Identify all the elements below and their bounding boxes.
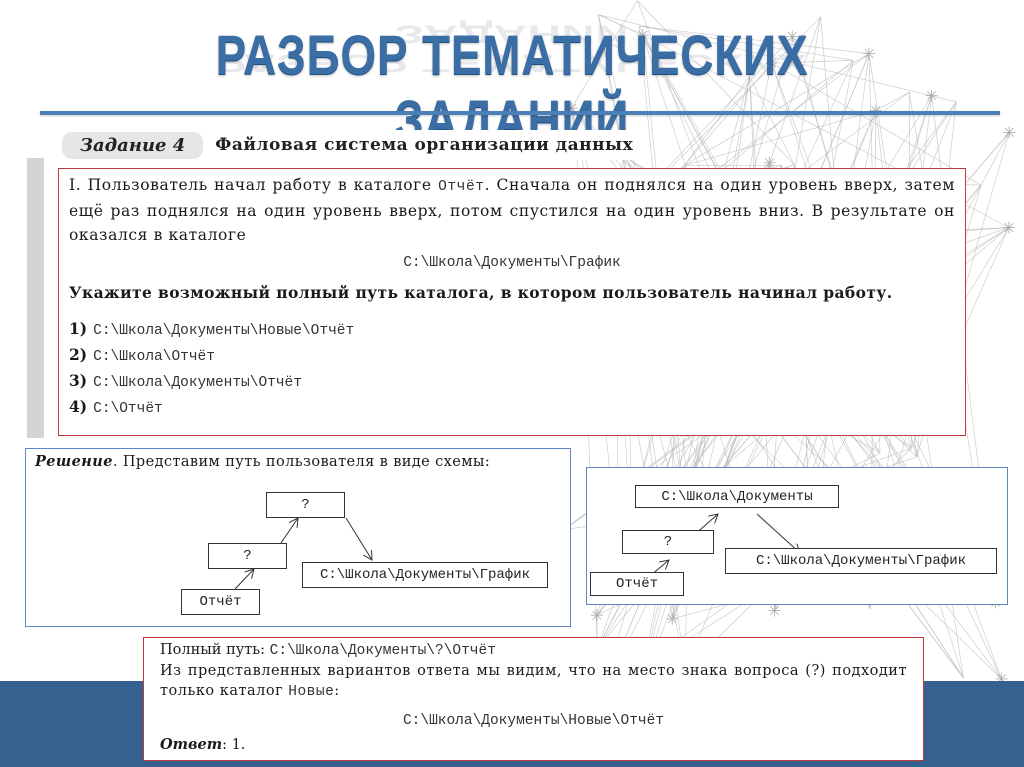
answer-value: : 1.	[222, 737, 245, 753]
full-path-value: C:\Школа\Документы\?\Отчёт	[270, 643, 496, 659]
start-directory: Отчёт	[438, 179, 485, 195]
option-item: 3)C:\Школа\Документы\Отчёт	[69, 369, 955, 395]
solution-intro-text: . Представим путь пользователя в виде сх…	[113, 454, 490, 470]
option-path: C:\Школа\Документы\Отчёт	[93, 375, 302, 391]
final-path: C:\Школа\Документы\Новые\Отчёт	[160, 711, 907, 731]
option-number: 4)	[69, 397, 87, 416]
problem-statement: I. Пользователь начал работу в каталоге …	[69, 173, 955, 247]
diagram1-node-top: ?	[266, 492, 345, 518]
option-path: C:\Школа\Документы\Новые\Отчёт	[93, 323, 354, 339]
answer-options: 1)C:\Школа\Документы\Новые\Отчёт 2)C:\Шк…	[69, 317, 955, 421]
diagram2-node-target: C:\Школа\Документы\График	[725, 548, 997, 574]
option-item: 1)C:\Школа\Документы\Новые\Отчёт	[69, 317, 955, 343]
option-path: C:\Отчёт	[93, 401, 163, 417]
task-topic: Файловая система организации данных	[215, 135, 633, 155]
diagram1-node-middle: ?	[208, 543, 287, 569]
option-item: 2)C:\Школа\Отчёт	[69, 343, 955, 369]
solution-diagram2-box: C:\Школа\Документы ? Отчёт C:\Школа\Доку…	[586, 467, 1008, 605]
explanation-part: :	[334, 683, 339, 699]
option-path: C:\Школа\Отчёт	[93, 349, 215, 365]
solution-label: Решение	[35, 453, 113, 470]
catalog-name: Новые	[288, 684, 334, 700]
answer-label: Ответ	[160, 736, 222, 753]
question-text: Укажите возможный полный путь каталога, …	[69, 281, 955, 305]
diagram1-arrows	[26, 449, 572, 628]
problem-number: I.	[69, 176, 81, 194]
diagram2-node-top: C:\Школа\Документы	[635, 485, 839, 508]
problem-box: I. Пользователь начал работу в каталоге …	[58, 168, 966, 436]
option-number: 2)	[69, 345, 87, 364]
solution-diagram-box: Решение. Представим путь пользователя в …	[25, 448, 571, 627]
task-header: Задание 4 Файловая система организации д…	[62, 130, 641, 160]
result-path: C:\Школа\Документы\График	[69, 251, 955, 275]
task-number-badge: Задание 4	[62, 132, 203, 159]
problem-text-part: Пользователь начал работу в каталоге	[88, 176, 438, 194]
full-path-line: Полный путь: C:\Школа\Документы\?\Отчёт	[160, 640, 907, 661]
diagram2-node-middle: ?	[622, 530, 714, 554]
option-number: 1)	[69, 319, 87, 338]
explanation-text: Из представленных вариантов ответа мы ви…	[160, 661, 907, 702]
option-item: 4)C:\Отчёт	[69, 395, 955, 421]
answer-line: Ответ: 1.	[160, 735, 907, 755]
explanation-part: Из представленных вариантов ответа мы ви…	[160, 663, 907, 699]
diagram2-node-start: Отчёт	[590, 572, 684, 596]
side-accent-bar	[27, 158, 44, 438]
option-number: 3)	[69, 371, 87, 390]
diagram1-node-target: C:\Школа\Документы\График	[302, 562, 548, 588]
answer-explanation-box: Полный путь: C:\Школа\Документы\?\Отчёт …	[143, 637, 924, 761]
solution-intro: Решение. Представим путь пользователя в …	[35, 453, 490, 470]
title-divider	[40, 111, 1000, 115]
diagram1-node-start: Отчёт	[181, 589, 260, 615]
full-path-label: Полный путь:	[160, 642, 270, 658]
